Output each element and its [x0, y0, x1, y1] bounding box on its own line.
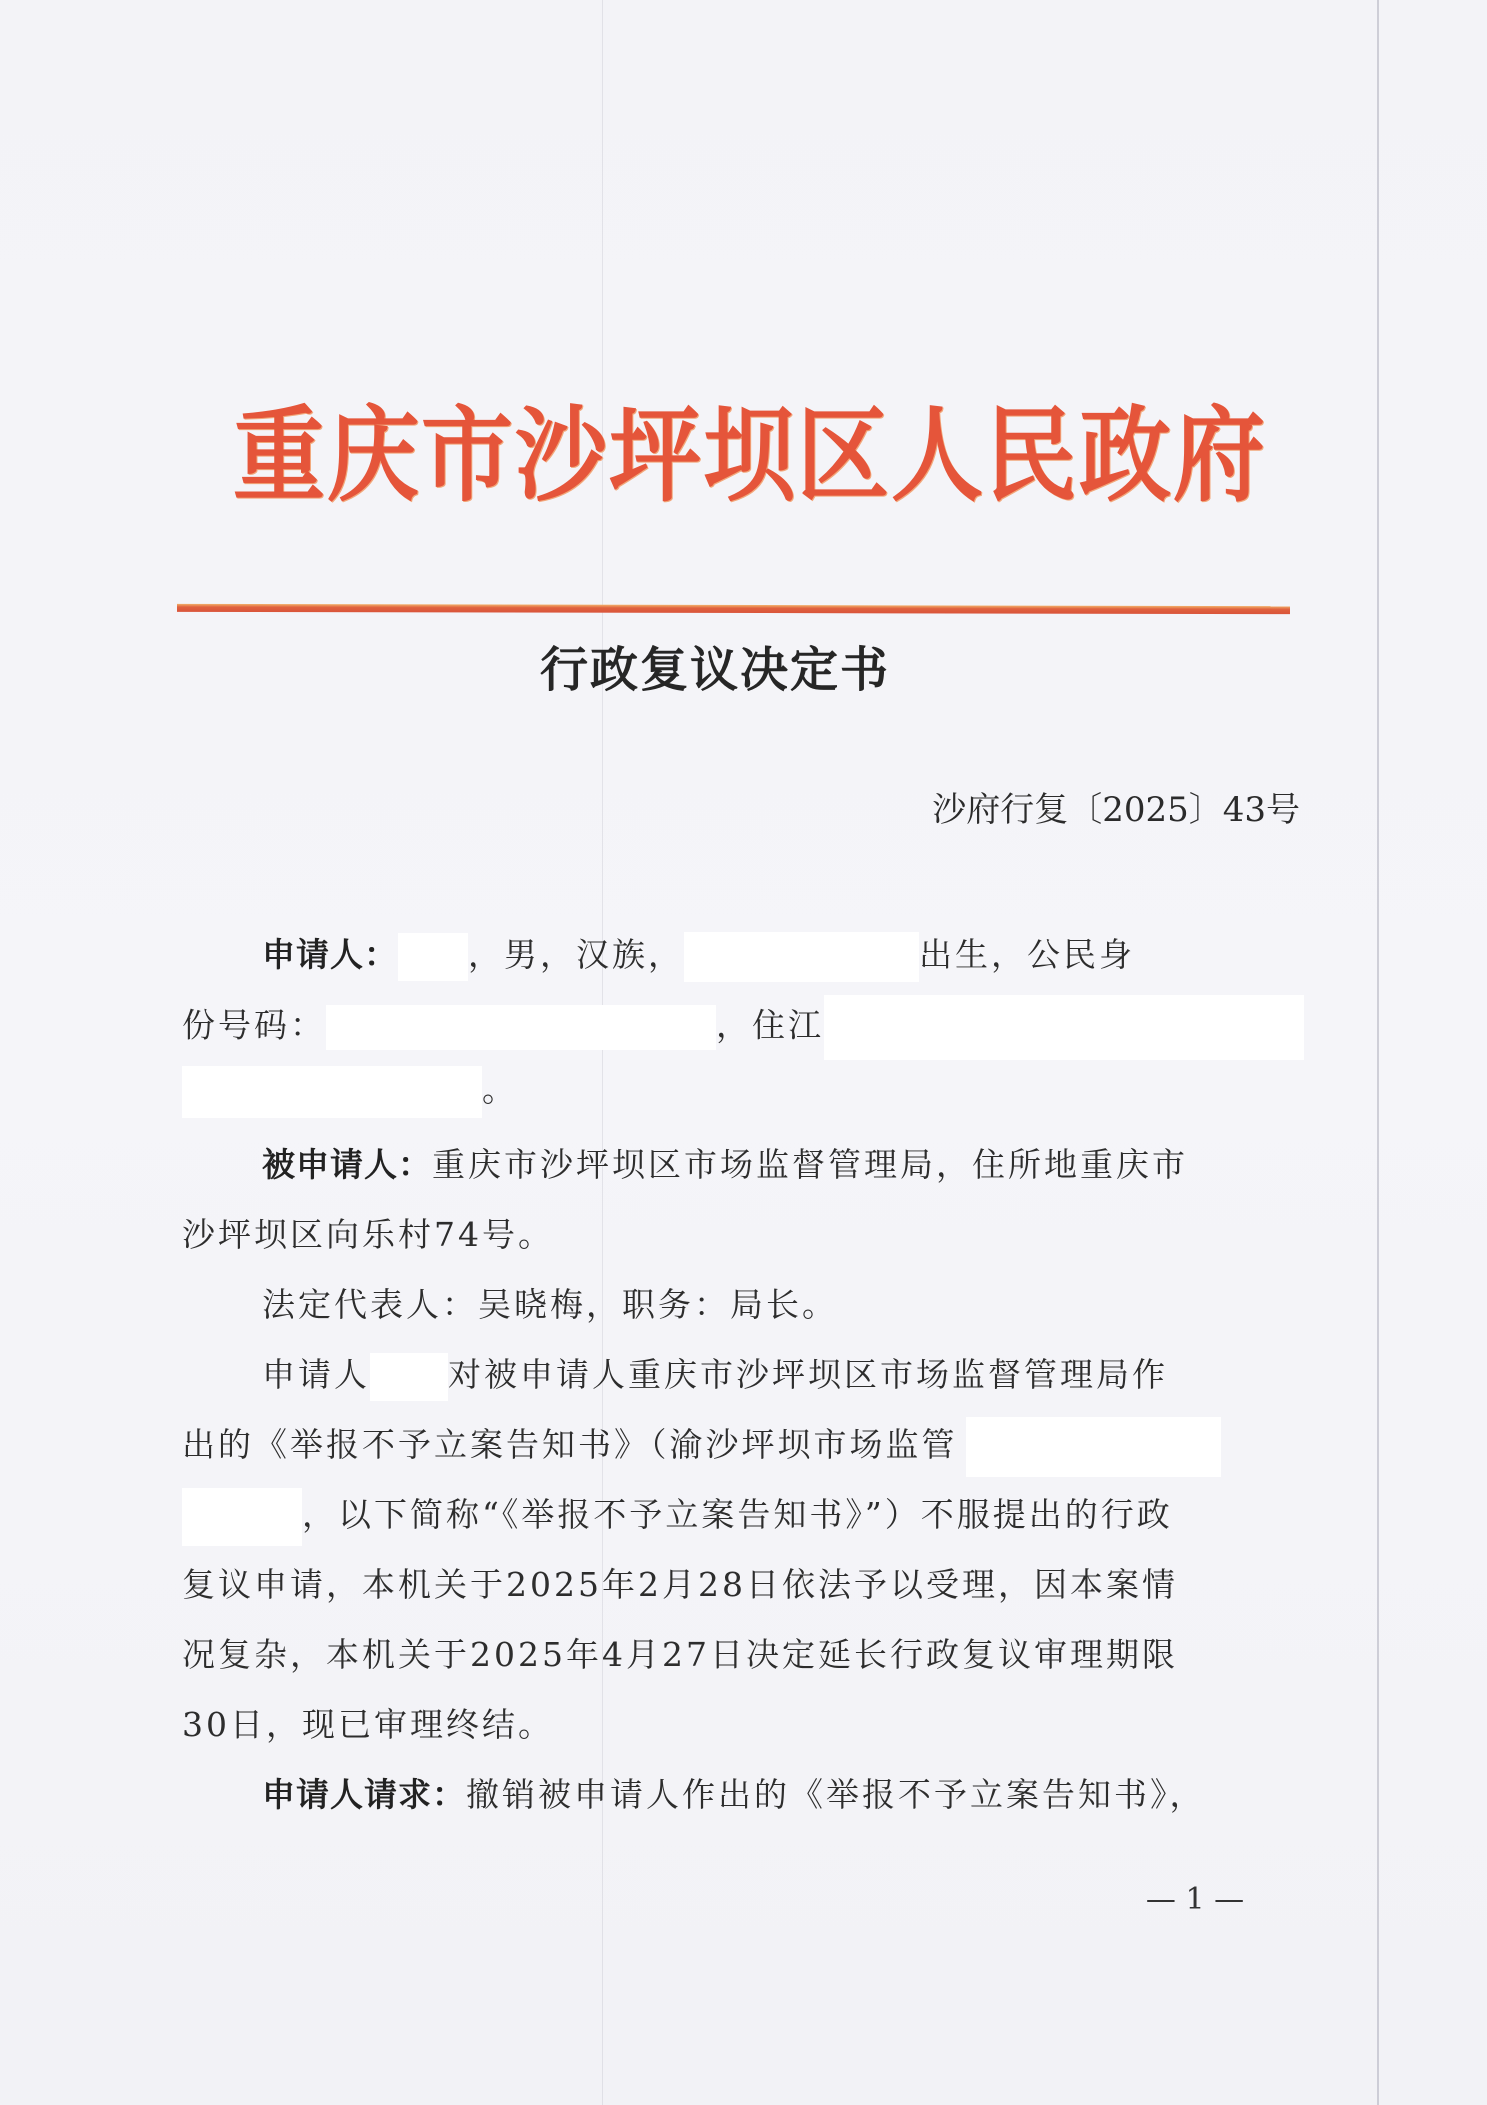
applicant-line-1: 申请人：，男，汉族，出生，公民身 — [262, 925, 1292, 985]
request-label: 申请人请求： — [262, 1775, 466, 1814]
page-number: — 1 — — [1120, 1875, 1270, 1925]
case-applicant: 申请人 — [262, 1355, 370, 1394]
redacted-name — [398, 933, 468, 981]
applicant-birth-suffix: 出生，公民身 — [919, 935, 1135, 974]
case-text: ，以下简称“《举报不予立案告知书》”）不服提出的行政 — [302, 1495, 1173, 1534]
applicant-gender: ，男，汉族， — [468, 935, 684, 974]
document-number: 沙府行复〔2025〕43号 — [880, 780, 1300, 840]
applicant-end: 。 — [482, 1070, 518, 1109]
case-line-2: 出的《举报不予立案告知书》（渝沙坪坝市场监管 — [182, 1415, 1292, 1475]
fold-line — [1377, 0, 1379, 2105]
document-title: 行政复议决定书 — [540, 630, 960, 710]
redacted-id-number — [326, 1005, 716, 1050]
case-line-6: 30日，现已审理终结。 — [182, 1695, 1292, 1755]
respondent-label: 被申请人： — [262, 1145, 432, 1184]
issuer-masthead: 重庆市沙坪坝区人民政府 — [200, 388, 1300, 522]
redacted-address — [824, 995, 1304, 1060]
applicant-line-2: 份号码：，住江 — [182, 995, 1292, 1055]
legal-representative: 法定代表人：吴晓梅，职务：局长。 — [262, 1275, 1292, 1335]
address-prefix: ，住江 — [716, 1006, 824, 1045]
redacted-case-number — [966, 1417, 1221, 1477]
document-page: 重庆市沙坪坝区人民政府 行政复议决定书 沙府行复〔2025〕43号 申请人：，男… — [0, 0, 1487, 2105]
case-line-5: 况复杂，本机关于2025年4月27日决定延长行政复议审理期限 — [182, 1625, 1292, 1685]
redacted-birthdate — [684, 932, 919, 982]
redacted-case-number-cont — [182, 1488, 302, 1546]
case-line-1: 申请人对被申请人重庆市沙坪坝区市场监督管理局作 — [262, 1345, 1292, 1405]
applicant-line-3: 。 — [182, 1060, 1292, 1120]
redacted-address-cont — [182, 1066, 482, 1118]
case-line-3: ，以下简称“《举报不予立案告知书》”）不服提出的行政 — [182, 1485, 1292, 1545]
request-text: 撤销被申请人作出的《举报不予立案告知书》， — [466, 1775, 1206, 1814]
request-line: 申请人请求：撤销被申请人作出的《举报不予立案告知书》， — [262, 1765, 1292, 1825]
redacted-name — [370, 1353, 448, 1401]
case-text: 对被申请人重庆市沙坪坝区市场监督管理局作 — [448, 1355, 1168, 1394]
case-text: 出的《举报不予立案告知书》（渝沙坪坝市场监管 — [182, 1425, 958, 1464]
red-header-rule — [177, 604, 1290, 614]
id-label: 份号码： — [182, 1006, 326, 1045]
respondent-name: 重庆市沙坪坝区市场监督管理局，住所地重庆市 — [432, 1145, 1188, 1184]
case-line-4: 复议申请，本机关于2025年2月28日依法予以受理，因本案情 — [182, 1555, 1292, 1615]
respondent-line-1: 被申请人：重庆市沙坪坝区市场监督管理局，住所地重庆市 — [262, 1135, 1292, 1195]
applicant-label: 申请人： — [262, 935, 398, 974]
respondent-line-2: 沙坪坝区向乐村74号。 — [182, 1205, 1292, 1265]
